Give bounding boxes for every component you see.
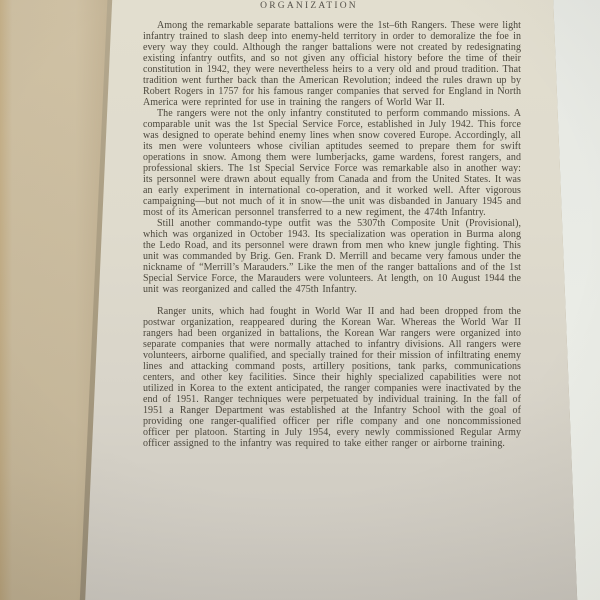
paragraph-merrills-marauders: Still another commando-type outfit was t…: [143, 218, 521, 295]
paragraph-special-service-force: The rangers were not the only infantry c…: [143, 108, 521, 218]
page-header: ORGANIZATION: [120, 1, 498, 11]
paragraph-korean-war-rangers: Ranger units, which had fought in World …: [143, 306, 521, 449]
paragraph-rangers-origin: Among the remarkable separate battalions…: [143, 20, 521, 108]
book-photo: ORGANIZATION Among the remarkable separa…: [0, 0, 600, 600]
page-text-area: ORGANIZATION Among the remarkable separa…: [143, 1, 521, 449]
